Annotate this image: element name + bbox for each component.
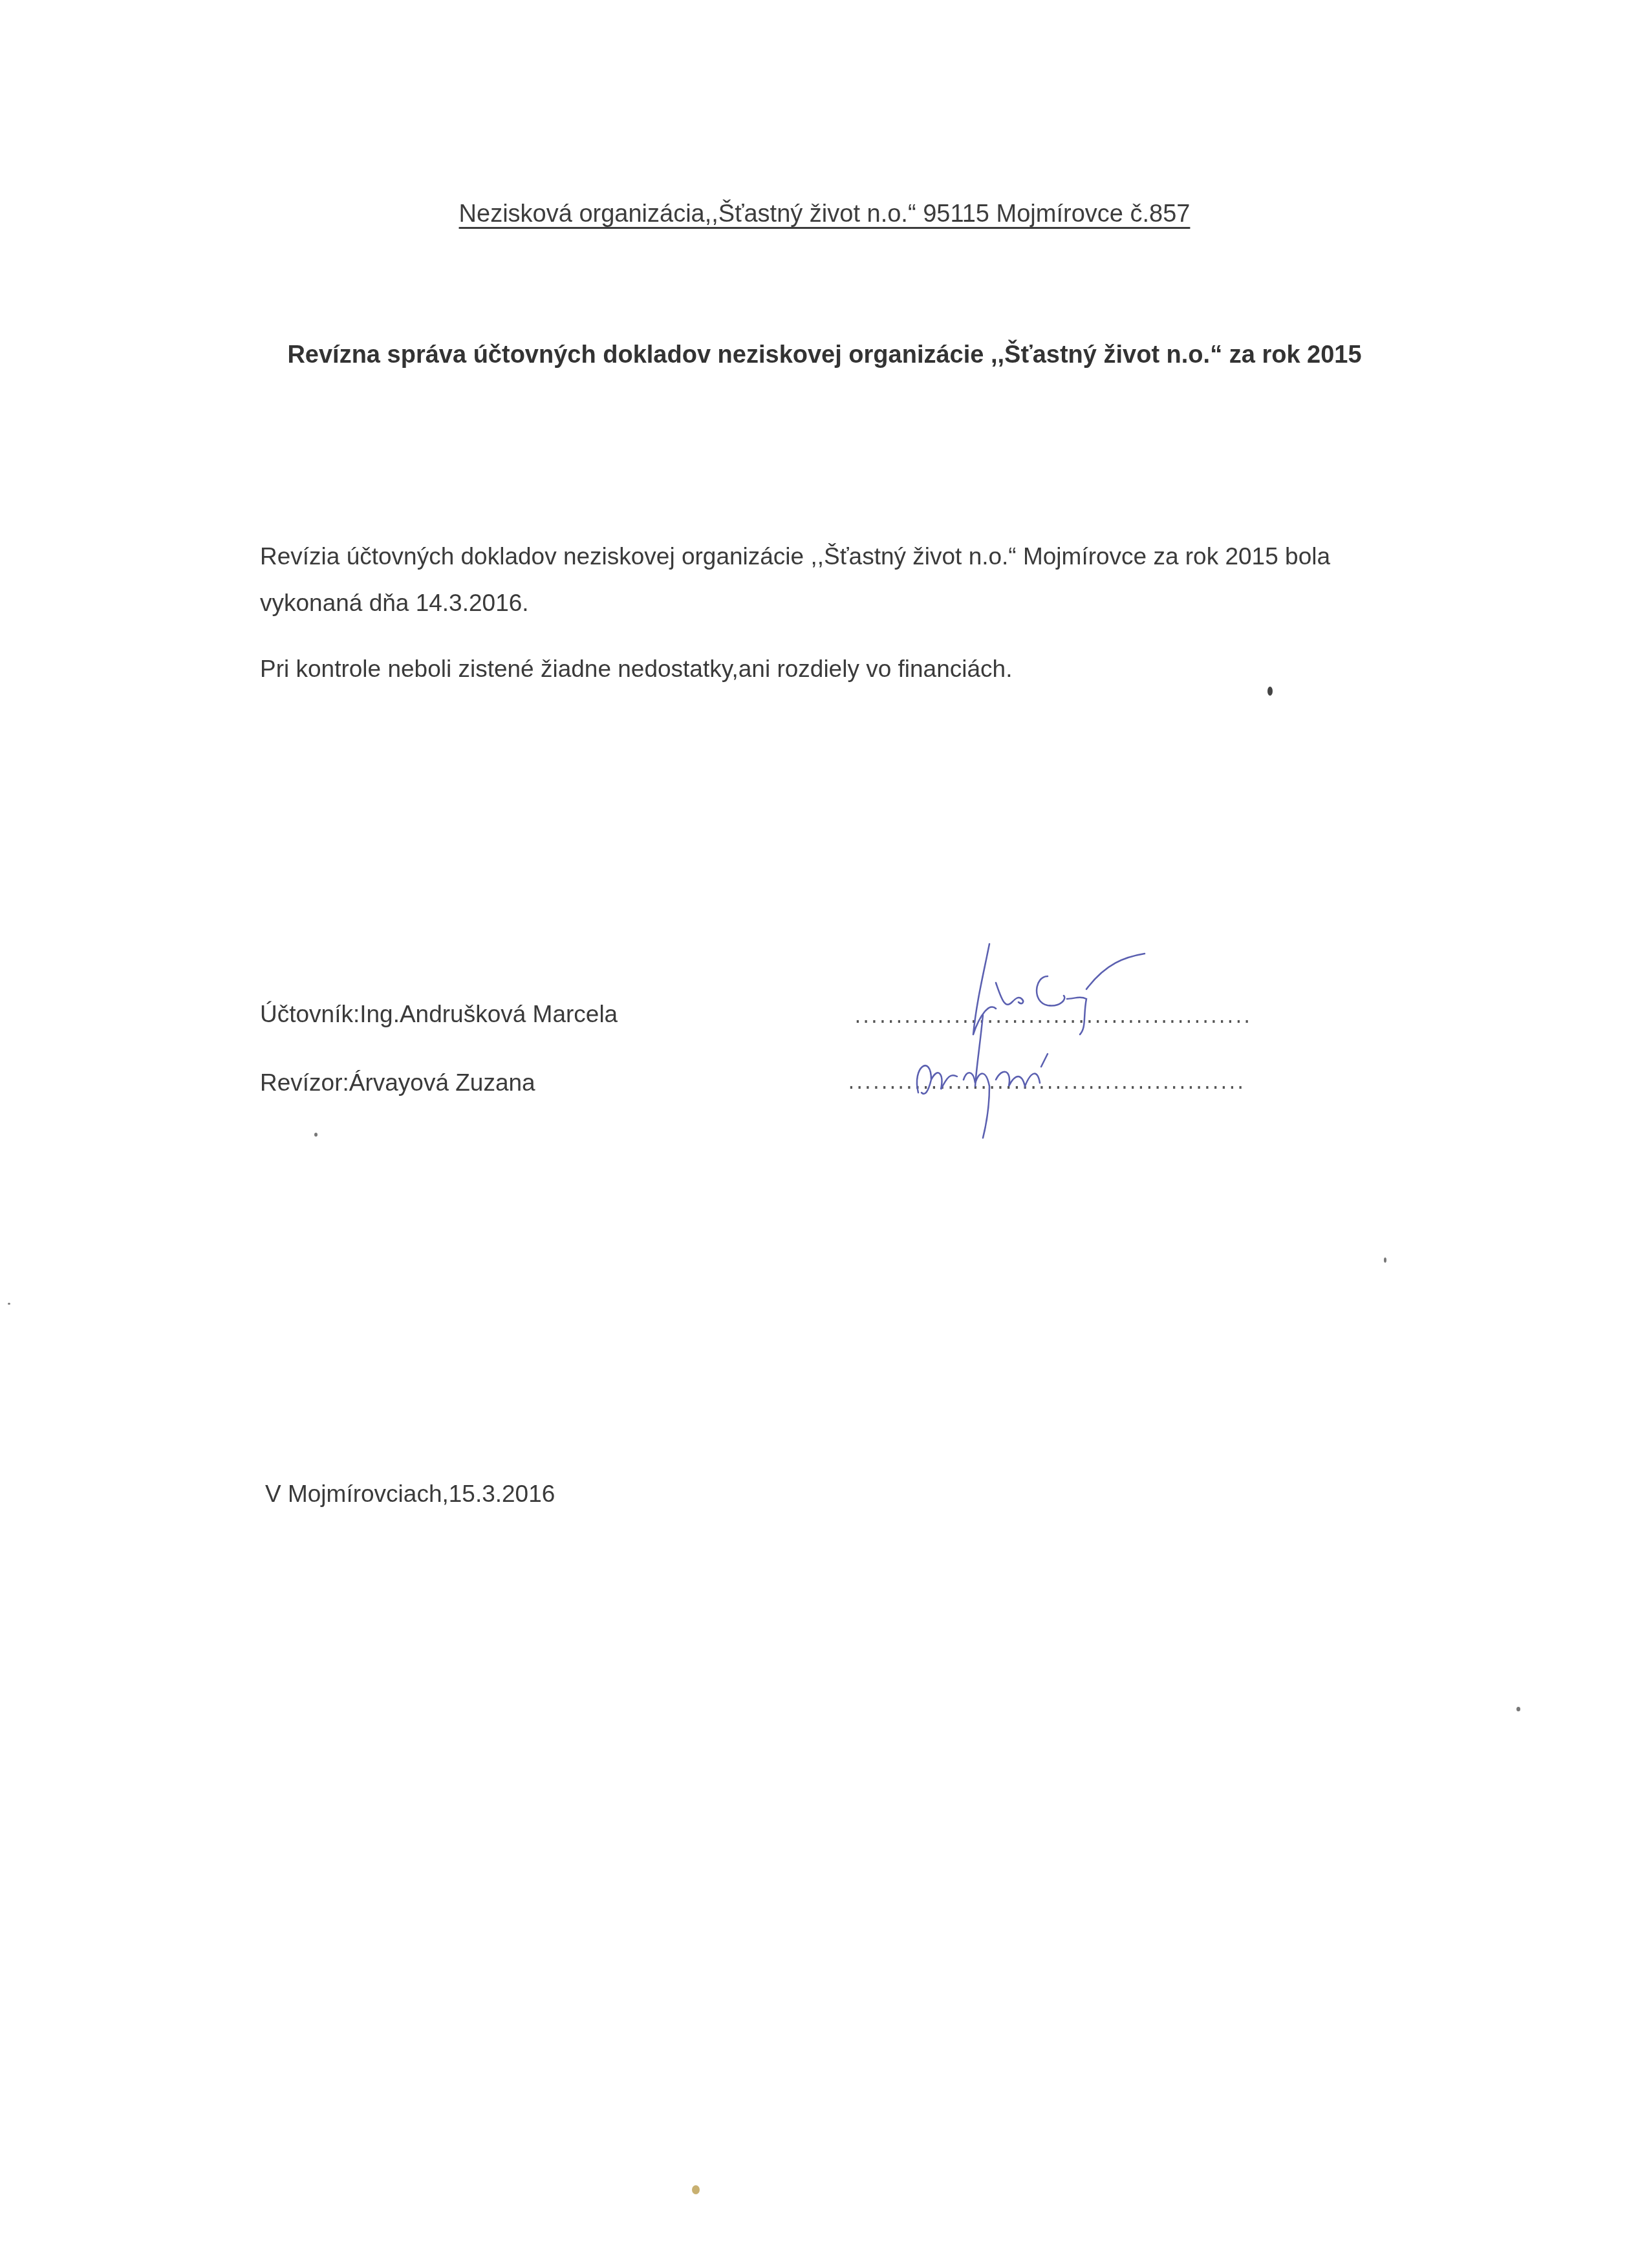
auditor-label: Revízor:Árvayová Zuzana	[260, 1069, 535, 1097]
accountant-label: Účtovník:Ing.Andrušková Marcela	[260, 1001, 618, 1028]
handwritten-signatures	[892, 937, 1242, 1144]
place-and-date: V Mojmírovciach,15.3.2016	[265, 1481, 555, 1508]
body-line-3: Pri kontrole neboli zistené žiadne nedos…	[260, 656, 1012, 683]
scan-speck	[314, 1133, 318, 1137]
body-line-2: vykonaná dňa 14.3.2016.	[260, 590, 529, 617]
scan-speck	[1516, 1707, 1520, 1711]
organization-header: Nezisková organizácia,,Šťastný život n.o…	[0, 200, 1649, 228]
scan-speck	[8, 1303, 10, 1305]
scan-speck	[1267, 687, 1273, 696]
scan-speck	[692, 2185, 700, 2194]
scan-speck	[1384, 1257, 1386, 1263]
body-line-1: Revízia účtovných dokladov neziskovej or…	[260, 543, 1330, 570]
report-title: Revízna správa účtovných dokladov nezisk…	[0, 341, 1649, 369]
